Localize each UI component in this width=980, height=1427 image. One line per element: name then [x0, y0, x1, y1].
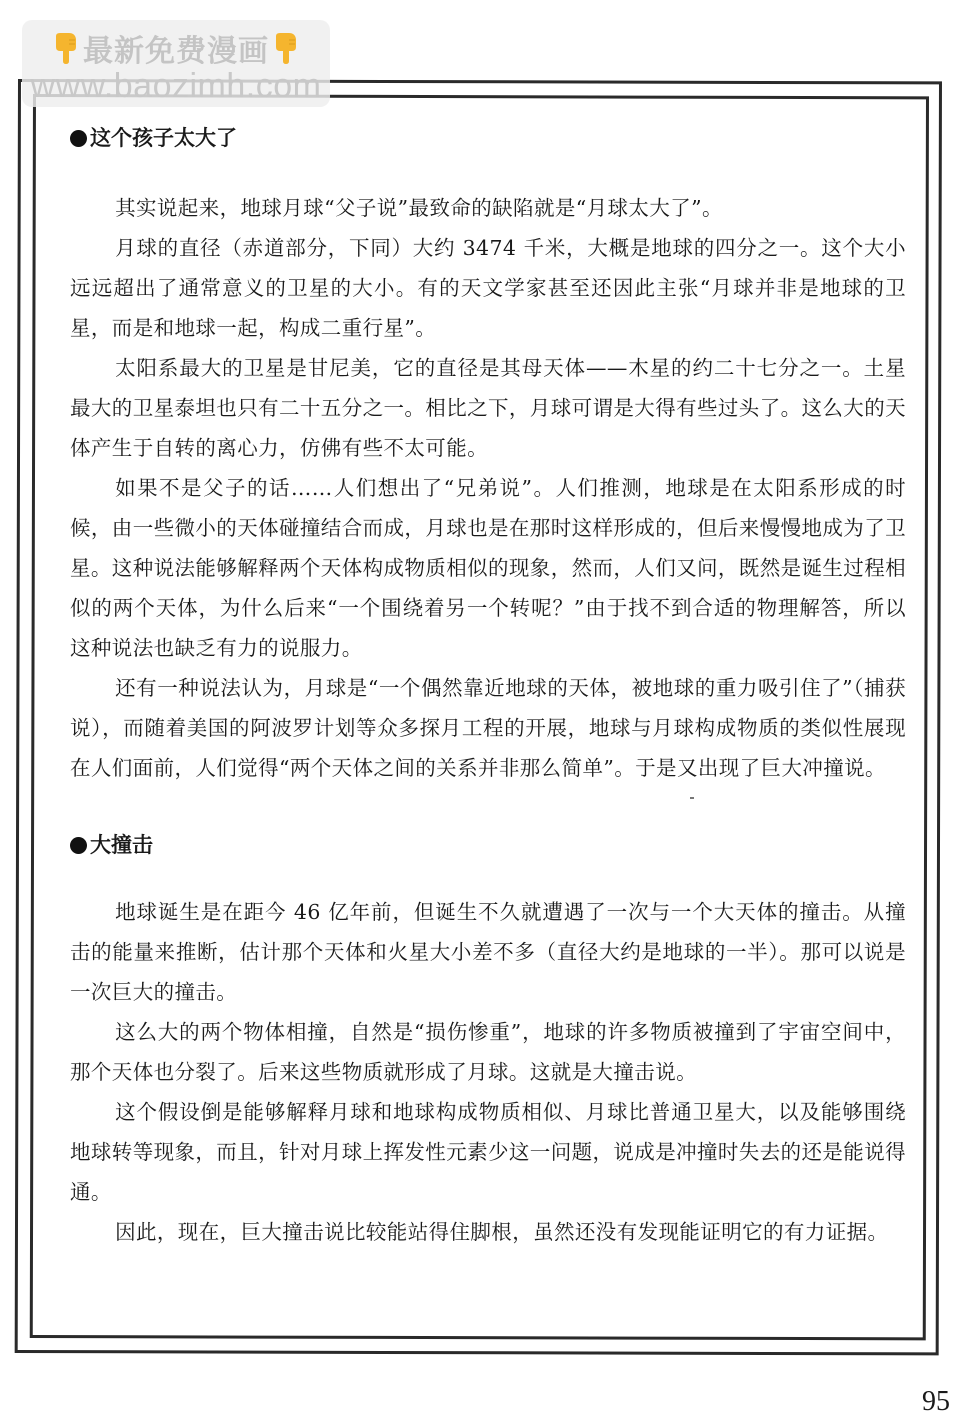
paragraph: 地球诞生是在距今 46 亿年前，但诞生不久就遭遇了一次与一个大天体的撞击。从撞击…	[70, 892, 906, 1012]
paragraph: 月球的直径（赤道部分，下同）大约 3474 千米，大概是地球的四分之一。这个大小…	[70, 228, 906, 348]
page-number: 95	[922, 1386, 950, 1418]
section-heading-text: 这个孩子太大了	[90, 123, 237, 153]
section-big-impact: 大撞击 地球诞生是在距今 46 亿年前，但诞生不久就遭遇了一次与一个大天体的撞击…	[70, 830, 906, 1252]
paragraph: 这么大的两个物体相撞，自然是“损伤惨重”，地球的许多物质被撞到了宇宙空间中，那个…	[70, 1012, 906, 1092]
page-content: 这个孩子太大了 其实说起来，地球月球“父子说”最致命的缺陷就是“月球太大了”。 …	[70, 120, 906, 1252]
paragraph: 太阳系最大的卫星是甘尼美，它的直径是其母天体——木星的约二十七分之一。土星最大的…	[70, 348, 906, 468]
paragraph: 因此，现在，巨大撞击说比较能站得住脚根，虽然还没有发现能证明它的有力证据。	[70, 1212, 906, 1252]
paragraph: 如果不是父子的话……人们想出了“兄弟说”。人们推测，地球是在太阳系形成的时候，由…	[70, 468, 906, 668]
bullet-icon	[70, 130, 87, 147]
watermark-url: www.baozimh.com	[22, 68, 330, 104]
section-heading: 大撞击	[70, 830, 906, 860]
section-heading: 这个孩子太大了	[70, 123, 906, 153]
pointing-down-hand-icon	[273, 32, 299, 64]
print-speck	[690, 797, 694, 799]
pointing-down-hand-icon	[53, 32, 79, 64]
section-too-big: 这个孩子太大了 其实说起来，地球月球“父子说”最致命的缺陷就是“月球太大了”。 …	[70, 123, 906, 788]
watermark-badge: 最新免费漫画 www.baozimh.com	[22, 20, 330, 107]
section-body: 其实说起来，地球月球“父子说”最致命的缺陷就是“月球太大了”。 月球的直径（赤道…	[70, 188, 906, 788]
paragraph: 其实说起来，地球月球“父子说”最致命的缺陷就是“月球太大了”。	[70, 188, 906, 228]
watermark-title: 最新免费漫画	[83, 26, 269, 70]
paragraph: 还有一种说法认为，月球是“一个偶然靠近地球的天体，被地球的重力吸引住了”（捕获说…	[70, 668, 906, 788]
watermark-title-row: 最新免费漫画	[22, 26, 330, 70]
bullet-icon	[70, 837, 87, 854]
section-heading-text: 大撞击	[90, 830, 153, 860]
paragraph: 这个假设倒是能够解释月球和地球构成物质相似、月球比普通卫星大，以及能够围绕地球转…	[70, 1092, 906, 1212]
section-body: 地球诞生是在距今 46 亿年前，但诞生不久就遭遇了一次与一个大天体的撞击。从撞击…	[70, 892, 906, 1252]
